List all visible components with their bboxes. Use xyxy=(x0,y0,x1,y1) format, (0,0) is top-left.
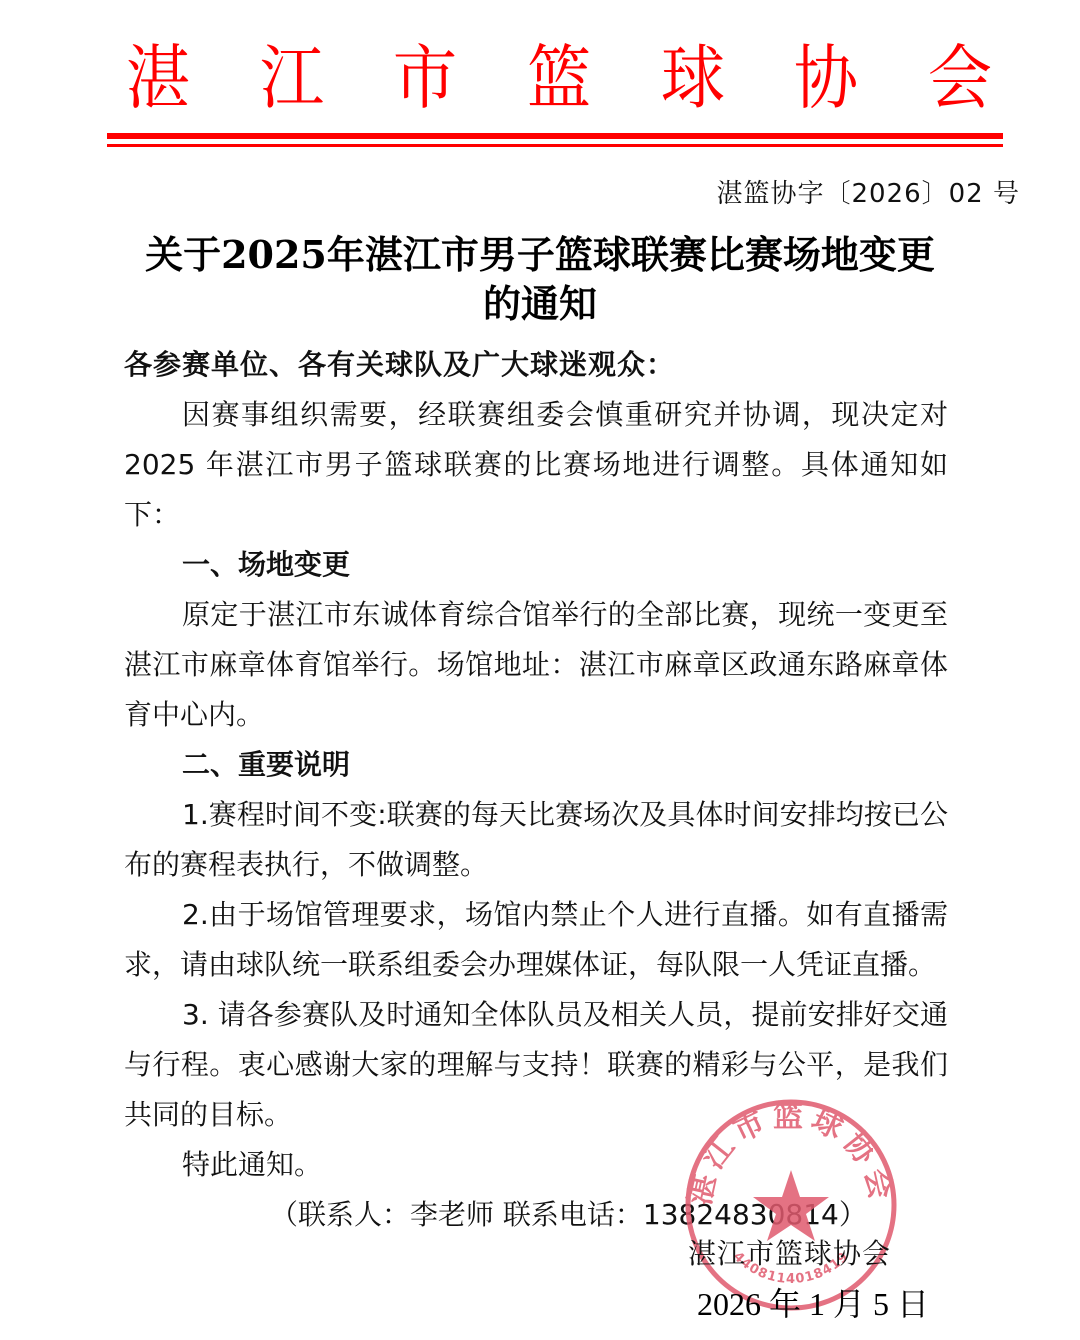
letterhead-divider-thick xyxy=(107,133,1003,139)
letterhead-char: 球 xyxy=(660,36,724,120)
letterhead-char: 湛 xyxy=(126,36,190,120)
section-heading-important-notes: 二、重要说明 xyxy=(124,740,948,790)
note-item-2: 2.由于场馆管理要求，场馆内禁止个人进行直播。如有直播需求，请由球队统一联系组委… xyxy=(124,890,948,990)
title-line-1: 关于2025年湛江市男子篮球联赛比赛场地变更 xyxy=(110,230,970,279)
document-number: 湛篮协字〔2026〕02 号 xyxy=(716,176,1020,212)
letterhead-char: 江 xyxy=(259,36,323,120)
notice-title: 关于2025年湛江市男子篮球联赛比赛场地变更 的通知 xyxy=(110,230,970,328)
title-line-2: 的通知 xyxy=(110,279,970,328)
issue-date: 2026 年 1 月 5 日 xyxy=(697,1284,929,1324)
venue-change-paragraph: 原定于湛江市东诚体育综合馆举行的全部比赛，现统一变更至湛江市麻章体育馆举行。场馆… xyxy=(124,590,948,740)
seal-star-icon xyxy=(753,1170,829,1241)
official-seal-icon: 湛江市篮球协会 4408114018419 xyxy=(684,1098,898,1312)
letterhead-title: 湛 江 市 篮 球 协 会 xyxy=(107,36,1007,120)
section-heading-venue-change: 一、场地变更 xyxy=(124,540,948,590)
intro-paragraph: 因赛事组织需要，经联赛组委会慎重研究并协调，现决定对2025 年湛江市男子篮球联… xyxy=(124,390,948,540)
note-item-1: 1.赛程时间不变:联赛的每天比赛场次及具体时间安排均按已公布的赛程表执行，不做调… xyxy=(124,790,948,890)
letterhead-char: 协 xyxy=(794,36,858,120)
letterhead-char: 会 xyxy=(928,36,992,120)
issuer-signature: 湛江市篮球协会 xyxy=(688,1234,891,1274)
letterhead-char: 篮 xyxy=(527,36,591,120)
letterhead-divider-thin xyxy=(107,144,1003,147)
letterhead-char: 市 xyxy=(393,36,457,120)
salutation: 各参赛单位、各有关球队及广大球迷观众： xyxy=(124,340,948,390)
